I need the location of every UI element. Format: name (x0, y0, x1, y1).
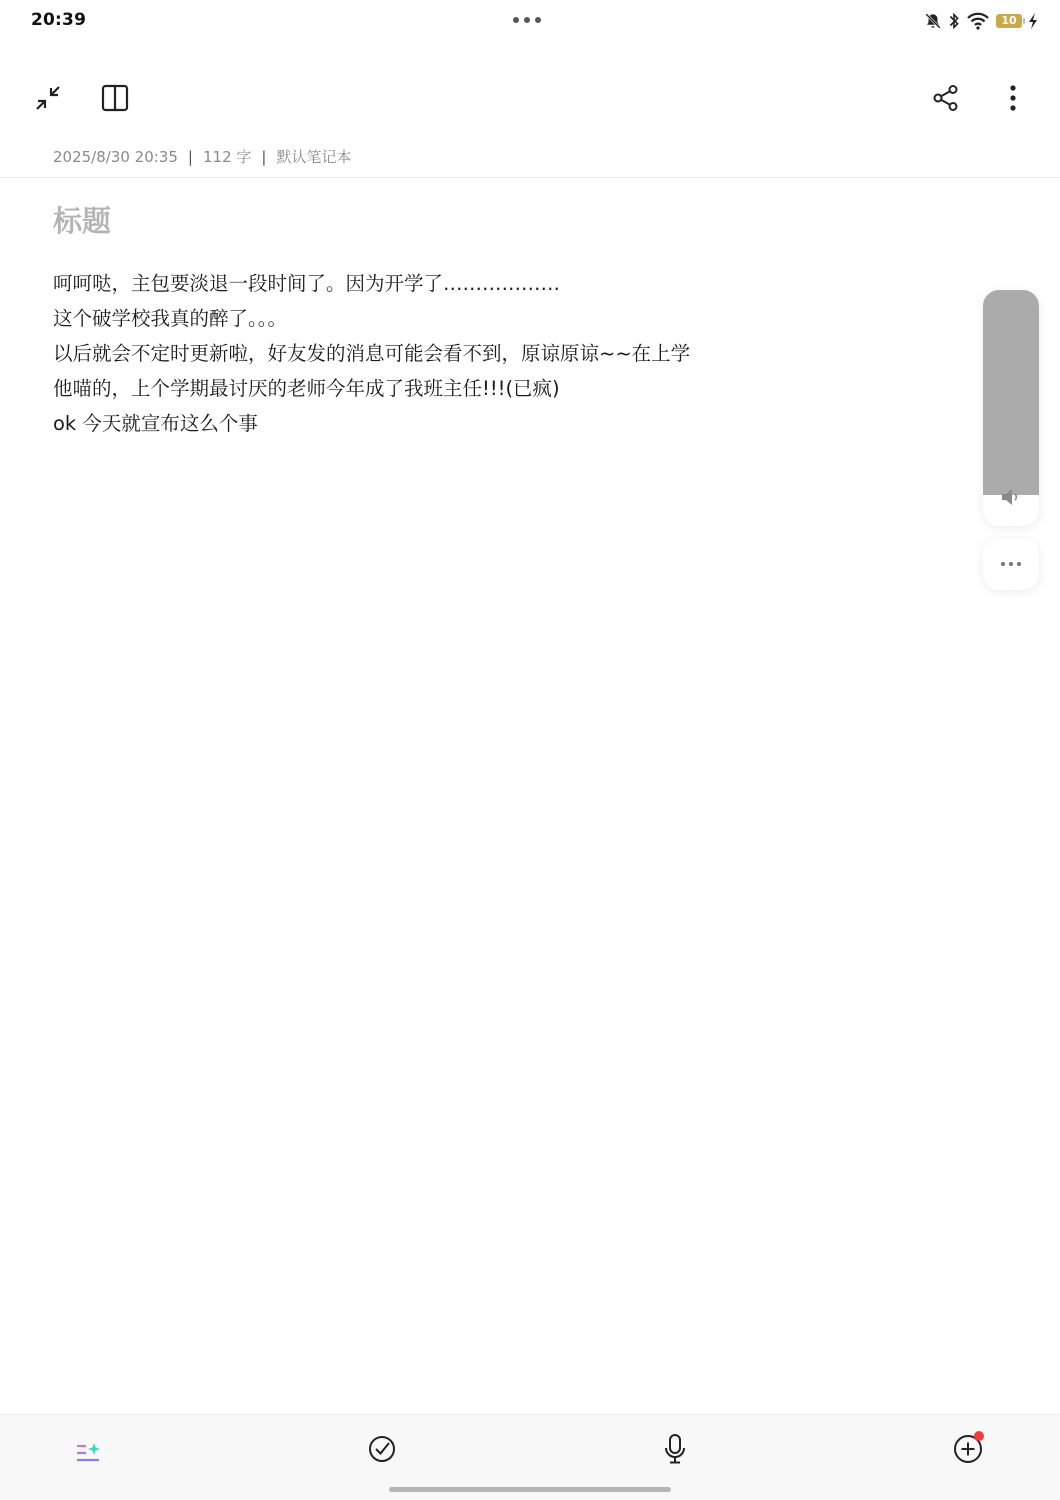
more-options-button[interactable] (991, 76, 1035, 120)
voice-input-button[interactable] (651, 1427, 699, 1471)
checklist-button[interactable] (358, 1427, 406, 1471)
bluetooth-icon (948, 12, 960, 30)
clock: 20:39 (31, 10, 86, 30)
multitask-handle[interactable] (513, 17, 541, 23)
meta-separator: | (188, 148, 193, 166)
word-count: 112 字 (203, 146, 251, 167)
home-indicator[interactable] (389, 1487, 671, 1492)
notification-badge (974, 1431, 984, 1441)
split-view-icon (101, 84, 129, 112)
note-title-input[interactable]: 标题 (53, 199, 111, 240)
volume-more-button[interactable] (983, 538, 1039, 590)
add-attachment-button[interactable] (944, 1427, 992, 1471)
wifi-icon (966, 12, 990, 30)
bell-off-icon (924, 12, 942, 30)
battery-icon: 10 (996, 14, 1022, 28)
collapse-icon (34, 84, 62, 112)
header-divider (0, 177, 1060, 178)
notebook-name[interactable]: 默认笔记本 (276, 146, 351, 167)
status-bar: 20:39 10 (0, 0, 1060, 42)
meta-separator: | (261, 148, 266, 166)
share-button[interactable] (924, 76, 968, 120)
body-line: ok 今天就宣布这么个事 (53, 406, 690, 441)
checklist-icon (368, 1435, 396, 1463)
collapse-button[interactable] (26, 76, 70, 120)
more-horizontal-icon (1001, 562, 1005, 566)
body-line: 他喵的，上个学期最讨厌的老师今年成了我班主任!!!(已疯) (53, 371, 690, 406)
body-line: 呵呵哒，主包要淡退一段时间了。因为开学了……………… (53, 266, 690, 301)
note-datetime: 2025/8/30 20:35 (53, 148, 178, 166)
status-icons: 10 (924, 10, 1038, 32)
ai-format-button[interactable] (65, 1427, 113, 1471)
note-toolbar (0, 76, 1060, 124)
charging-icon (1028, 13, 1038, 29)
microphone-icon (664, 1434, 686, 1464)
volume-slider-fill (983, 290, 1039, 495)
volume-slider[interactable] (983, 290, 1039, 526)
ai-format-icon (75, 1436, 103, 1462)
note-meta: 2025/8/30 20:35 | 112 字 | 默认笔记本 (53, 146, 351, 167)
share-icon (932, 84, 960, 112)
split-view-button[interactable] (93, 76, 137, 120)
body-line: 以后就会不定时更新啦，好友发的消息可能会看不到，原谅原谅~~在上学 (53, 336, 690, 371)
more-vertical-icon (1009, 84, 1017, 112)
body-line: 这个破学校我真的醉了。。。 (53, 301, 690, 336)
note-body-editor[interactable]: 呵呵哒，主包要淡退一段时间了。因为开学了……………… 这个破学校我真的醉了。。。… (53, 266, 690, 441)
speaker-icon (1000, 486, 1022, 508)
